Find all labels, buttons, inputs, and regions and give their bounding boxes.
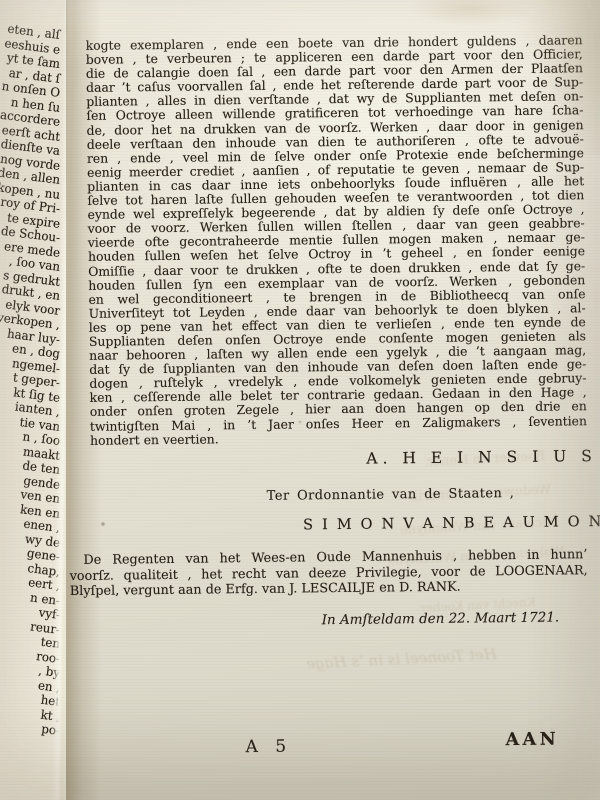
regents-grant-paragraph: De Regenten van het Wees-en Oude Mannenh…: [69, 547, 587, 600]
ordinance-line: Ter Ordonnantie van de Staaten ,: [267, 486, 515, 504]
adjacent-page-text-column: eten , alſeeshuis eyt te ſamar , dat ſn …: [0, 28, 60, 739]
signature-heinsius: A. H E I N S I U S: [366, 447, 597, 468]
photographed-book-page: eten , alſeeshuis eyt te ſamar , dat ſn …: [0, 0, 600, 800]
catchword: AAN: [505, 730, 559, 751]
page-corner-crease: [505, 0, 600, 155]
gathering-signature-mark: A 5: [245, 737, 292, 758]
signature-beaumont: S I M O N V A N B E A U M O N T.: [303, 514, 600, 534]
amsterdam-dateline: In Amſteldam den 22. Maart 1721.: [92, 609, 589, 631]
